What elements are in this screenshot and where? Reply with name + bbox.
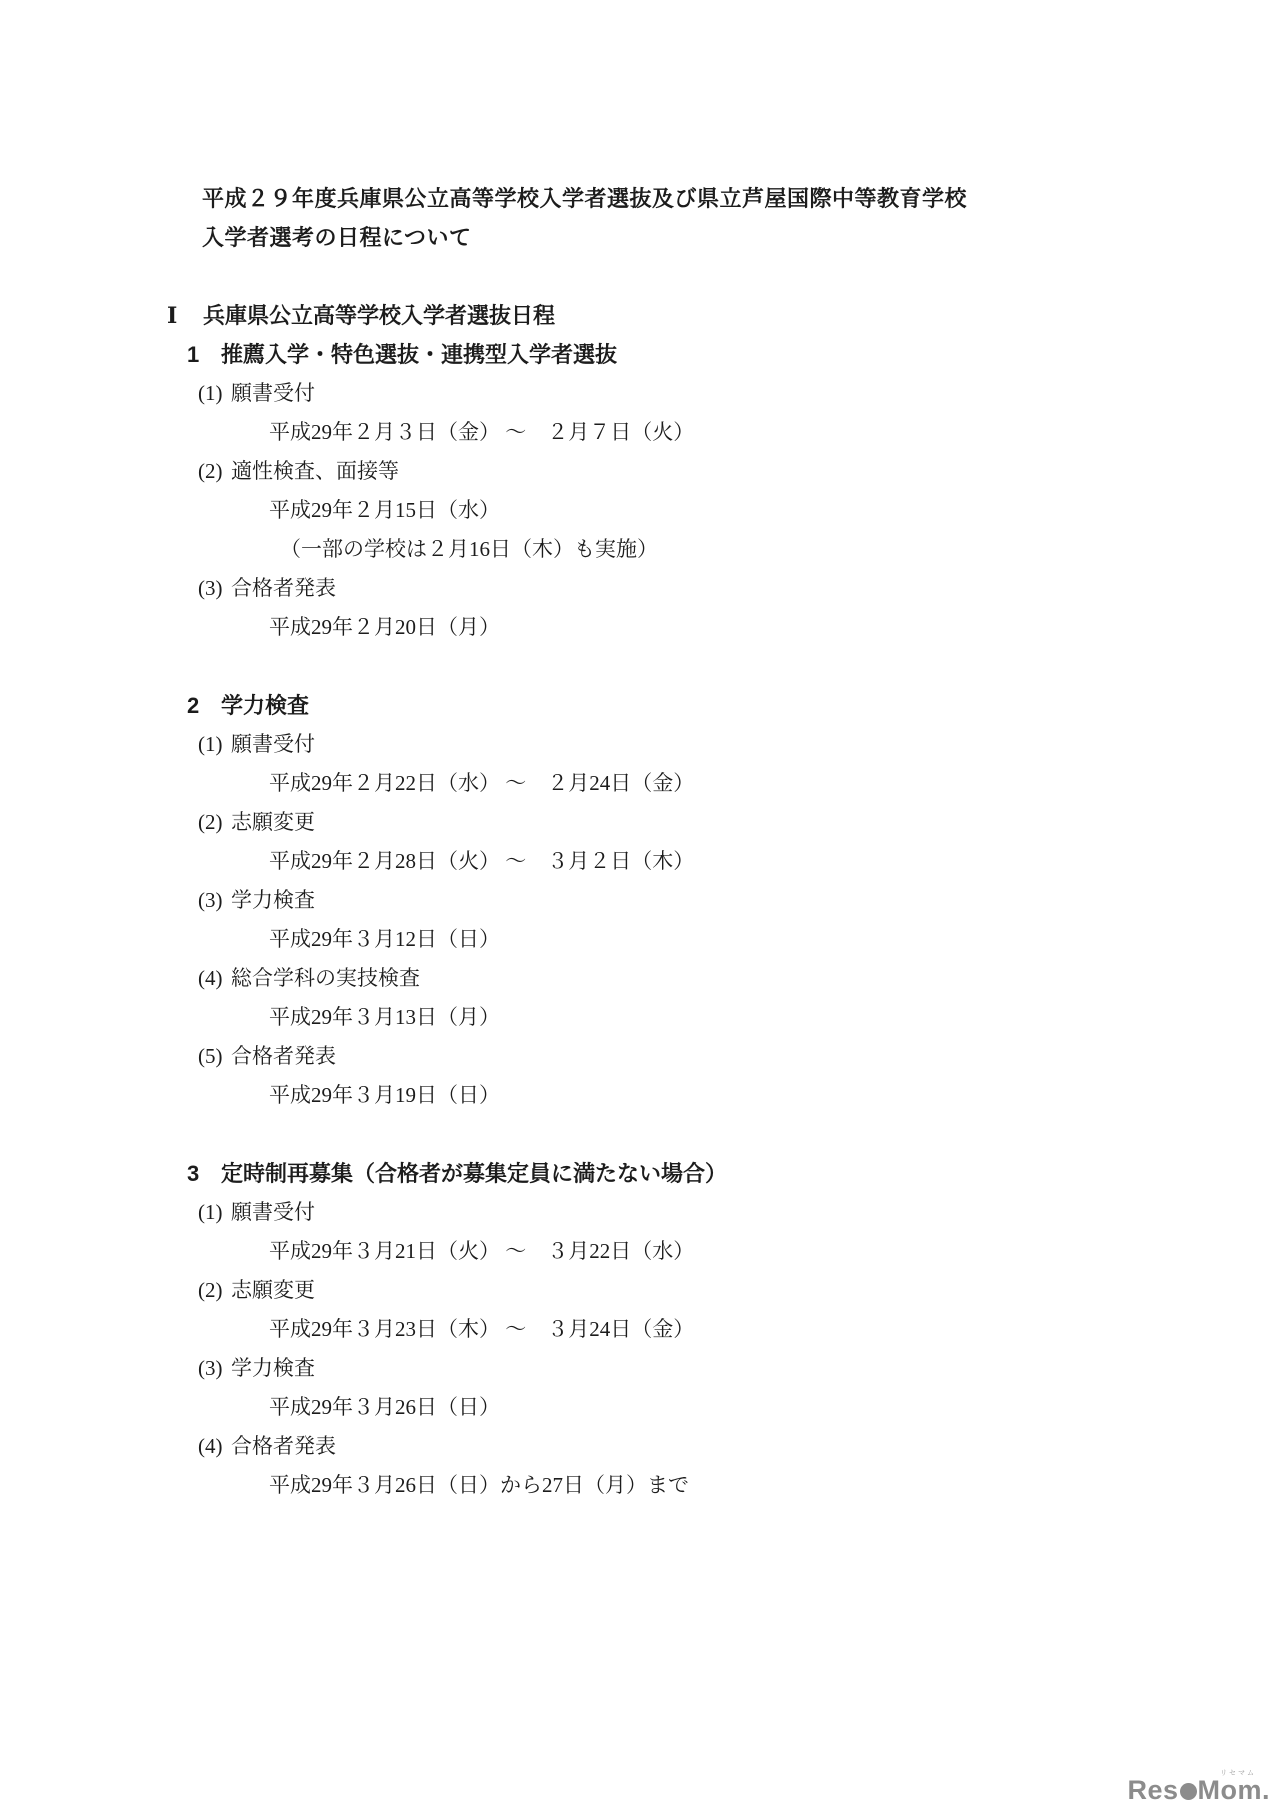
section-heading-text: 兵庫県公立高等学校入学者選抜日程 — [203, 303, 555, 328]
resemom-logo-text-post: Mom. — [1198, 1775, 1271, 1805]
item-label: (1) — [198, 1193, 231, 1232]
schedule-item: (3)学力検査 — [0, 881, 1280, 920]
item-label: (5) — [198, 1037, 231, 1076]
item-label: (2) — [198, 452, 231, 491]
subsection-1-heading: 1推薦入学・特色選抜・連携型入学者選抜 — [0, 335, 1280, 374]
schedule-date: 平成29年３月12日（日） — [0, 920, 1280, 959]
item-name: 学力検査 — [231, 1356, 315, 1380]
schedule-item: (2)適性検査、面接等 — [0, 452, 1280, 491]
item-name: 合格者発表 — [231, 1044, 336, 1068]
subsection-3-number: 3 — [187, 1154, 221, 1193]
item-label: (1) — [198, 374, 231, 413]
schedule-note: （一部の学校は２月16日（木）も実施） — [0, 530, 1280, 569]
subsection-1: 1推薦入学・特色選抜・連携型入学者選抜 (1)願書受付 平成29年２月３日（金）… — [0, 335, 1280, 647]
item-name: 適性検査、面接等 — [231, 459, 399, 483]
schedule-date: 平成29年２月３日（金） ～ ２月７日（火） — [0, 413, 1280, 452]
document-body: 平成２９年度兵庫県公立高等学校入学者選抜及び県立芦屋国際中等教育学校 入学者選考… — [0, 179, 1280, 1505]
section-heading: Ⅰ兵庫県公立高等学校入学者選抜日程 — [0, 296, 1280, 335]
subsection-1-title: 推薦入学・特色選抜・連携型入学者選抜 — [221, 342, 617, 367]
item-label: (2) — [198, 1271, 231, 1310]
document-title-line-2: 入学者選考の日程について — [0, 218, 1280, 257]
item-label: (3) — [198, 881, 231, 920]
item-label: (1) — [198, 725, 231, 764]
section-numeral: Ⅰ — [167, 296, 203, 335]
document-title-line-1: 平成２９年度兵庫県公立高等学校入学者選抜及び県立芦屋国際中等教育学校 — [0, 179, 1280, 218]
schedule-date: 平成29年２月20日（月） — [0, 608, 1280, 647]
item-label: (4) — [198, 1427, 231, 1466]
subsection-3-title: 定時制再募集（合格者が募集定員に満たない場合） — [221, 1161, 727, 1186]
subsection-3: 3定時制再募集（合格者が募集定員に満たない場合） (1)願書受付 平成29年３月… — [0, 1154, 1280, 1505]
item-name: 願書受付 — [231, 381, 315, 405]
document-page: { "page": { "title_line1": "平成２９年度兵庫県公立高… — [0, 0, 1280, 1810]
item-name: 志願変更 — [231, 1278, 315, 1302]
item-name: 総合学科の実技検査 — [231, 966, 420, 990]
item-label: (3) — [198, 569, 231, 608]
schedule-date: 平成29年２月28日（火） ～ ３月２日（木） — [0, 842, 1280, 881]
item-name: 願書受付 — [231, 732, 315, 756]
schedule-item: (2)志願変更 — [0, 1271, 1280, 1310]
schedule-date: 平成29年３月13日（月） — [0, 998, 1280, 1037]
subsection-2-title: 学力検査 — [221, 693, 309, 718]
item-label: (3) — [198, 1349, 231, 1388]
schedule-item: (1)願書受付 — [0, 1193, 1280, 1232]
schedule-date: 平成29年２月15日（水） — [0, 491, 1280, 530]
resemom-watermark-logo: リセマムReseMom. — [1127, 1777, 1270, 1804]
item-name: 願書受付 — [231, 1200, 315, 1224]
schedule-item: (3)学力検査 — [0, 1349, 1280, 1388]
schedule-date: 平成29年３月19日（日） — [0, 1076, 1280, 1115]
schedule-item: (5)合格者発表 — [0, 1037, 1280, 1076]
schedule-date: 平成29年３月23日（木） ～ ３月24日（金） — [0, 1310, 1280, 1349]
subsection-2-heading: 2学力検査 — [0, 686, 1280, 725]
item-label: (4) — [198, 959, 231, 998]
resemom-ruby-text: リセマム — [1220, 1770, 1256, 1777]
resemom-logo-text-pre: Res — [1127, 1775, 1178, 1805]
item-name: 学力検査 — [231, 888, 315, 912]
schedule-item: (1)願書受付 — [0, 725, 1280, 764]
item-name: 合格者発表 — [231, 576, 336, 600]
schedule-item: (4)総合学科の実技検査 — [0, 959, 1280, 998]
document-title: 平成２９年度兵庫県公立高等学校入学者選抜及び県立芦屋国際中等教育学校 入学者選考… — [0, 179, 1280, 257]
schedule-item: (4)合格者発表 — [0, 1427, 1280, 1466]
schedule-date: 平成29年３月26日（日）から27日（月）まで — [0, 1466, 1280, 1505]
schedule-item: (2)志願変更 — [0, 803, 1280, 842]
subsection-2: 2学力検査 (1)願書受付 平成29年２月22日（水） ～ ２月24日（金） (… — [0, 686, 1280, 1115]
schedule-item: (1)願書受付 — [0, 374, 1280, 413]
schedule-date: 平成29年３月21日（火） ～ ３月22日（水） — [0, 1232, 1280, 1271]
item-name: 志願変更 — [231, 810, 315, 834]
schedule-item: (3)合格者発表 — [0, 569, 1280, 608]
schedule-date: 平成29年３月26日（日） — [0, 1388, 1280, 1427]
item-label: (2) — [198, 803, 231, 842]
subsection-1-number: 1 — [187, 335, 221, 374]
subsection-2-number: 2 — [187, 686, 221, 725]
schedule-date: 平成29年２月22日（水） ～ ２月24日（金） — [0, 764, 1280, 803]
item-name: 合格者発表 — [231, 1434, 336, 1458]
subsection-3-heading: 3定時制再募集（合格者が募集定員に満たない場合） — [0, 1154, 1280, 1193]
resemom-logo-e-mark: e — [1180, 1783, 1197, 1800]
